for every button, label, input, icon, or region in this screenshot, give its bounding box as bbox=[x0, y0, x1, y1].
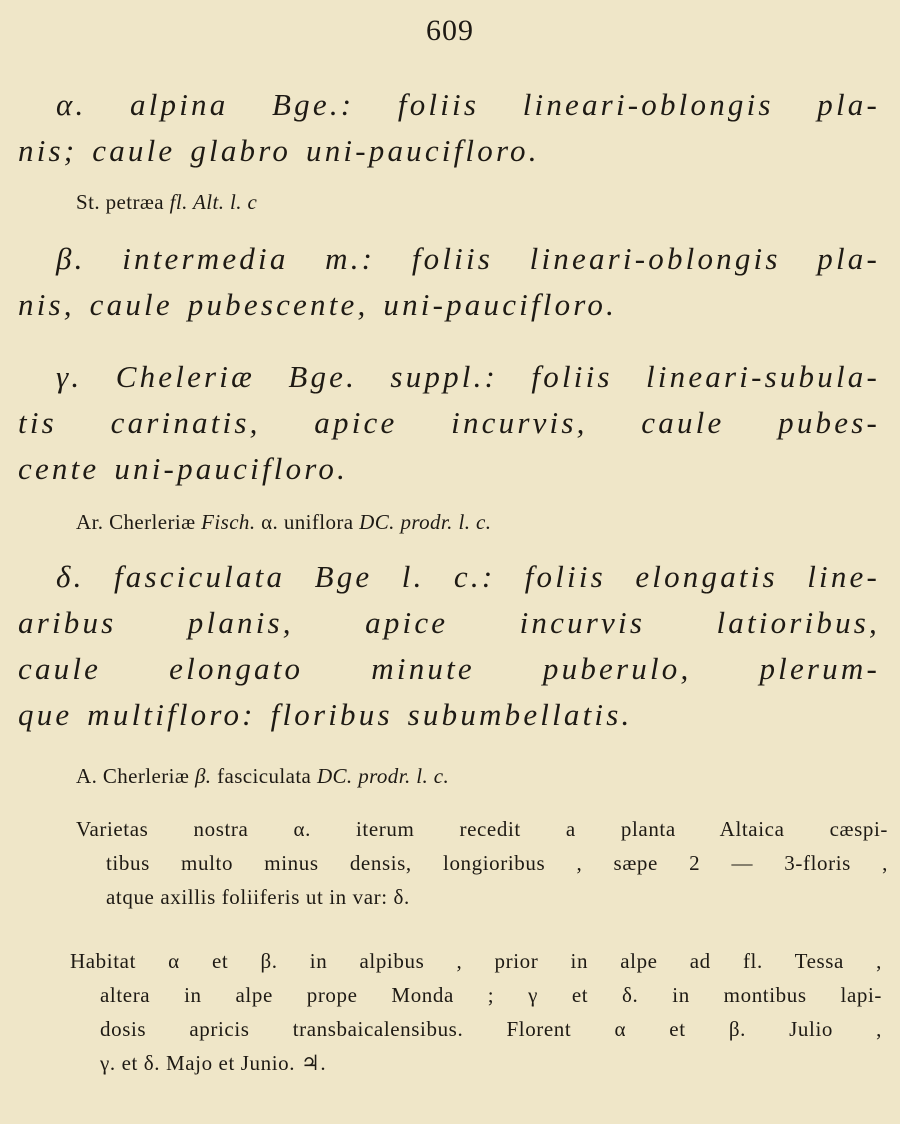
paragraph-line: atque axillis foliiferis ut in var: δ. bbox=[76, 880, 888, 914]
variety-beta: β. intermedia m.: foliis lineari-oblongi… bbox=[18, 236, 880, 328]
variety-gamma: γ. Cheleriæ Bge. suppl.: foliis lineari-… bbox=[18, 354, 880, 492]
synonym-text: α. uniflora bbox=[255, 510, 359, 534]
paragraph-line: altera in alpe prope Monda ; γ et δ. in … bbox=[70, 978, 882, 1012]
synonym-citation: DC. prodr. l. c. bbox=[359, 510, 491, 534]
variety-line: β. intermedia m.: foliis lineari-oblongi… bbox=[18, 236, 880, 282]
synonym-delta: A. Cherleriæ β. fasciculata DC. prodr. l… bbox=[76, 762, 876, 790]
paragraph-line: Varietas nostra α. iterum recedit a plan… bbox=[76, 812, 888, 846]
synonym-citation: fl. Alt. l. c bbox=[170, 190, 258, 214]
synonym-gamma: Ar. Cherleriæ Fisch. α. uniflora DC. pro… bbox=[76, 508, 876, 536]
synonym-text: fasciculata bbox=[211, 764, 316, 788]
synonym-text: A. Cherleriæ bbox=[76, 764, 195, 788]
variety-line: nis, caule pubescente, uni-paucifloro. bbox=[18, 282, 880, 328]
variety-line: nis; caule glabro uni-paucifloro. bbox=[18, 128, 880, 174]
variety-line: cente uni-paucifloro. bbox=[18, 446, 880, 492]
variety-line: tis carinatis, apice incurvis, caule pub… bbox=[18, 400, 880, 446]
variety-line: que multifloro: floribus subumbellatis. bbox=[18, 692, 880, 738]
synonym-alpha: St. petræa fl. Alt. l. c bbox=[76, 188, 876, 216]
note-paragraph: Varietas nostra α. iterum recedit a plan… bbox=[76, 812, 888, 914]
synonym-text: Ar. Cherleriæ bbox=[76, 510, 201, 534]
paragraph-line: dosis apricis transbaicalensibus. Floren… bbox=[70, 1012, 882, 1046]
variety-delta: δ. fasciculata Bge l. c.: foliis elongat… bbox=[18, 554, 880, 738]
paragraph-line: tibus multo minus densis, longioribus , … bbox=[76, 846, 888, 880]
variety-line: caule elongato minute puberulo, plerum- bbox=[18, 646, 880, 692]
variety-alpha: α. alpina Bge.: foliis lineari-oblongis … bbox=[18, 82, 880, 174]
synonym-citation: DC. prodr. l. c. bbox=[317, 764, 449, 788]
paragraph-line: Habitat α et β. in alpibus , prior in al… bbox=[70, 944, 882, 978]
variety-line: α. alpina Bge.: foliis lineari-oblongis … bbox=[18, 82, 880, 128]
habitat-paragraph: Habitat α et β. in alpibus , prior in al… bbox=[70, 944, 882, 1080]
page-number: 609 bbox=[0, 14, 900, 48]
synonym-text: St. petræa bbox=[76, 190, 170, 214]
variety-line: γ. Cheleriæ Bge. suppl.: foliis lineari-… bbox=[18, 354, 880, 400]
synonym-greek: β. bbox=[195, 764, 212, 788]
variety-line: δ. fasciculata Bge l. c.: foliis elongat… bbox=[18, 554, 880, 600]
synonym-author: Fisch. bbox=[201, 510, 255, 534]
variety-line: aribus planis, apice incurvis latioribus… bbox=[18, 600, 880, 646]
paragraph-line: γ. et δ. Majo et Junio. ♃. bbox=[70, 1046, 882, 1080]
